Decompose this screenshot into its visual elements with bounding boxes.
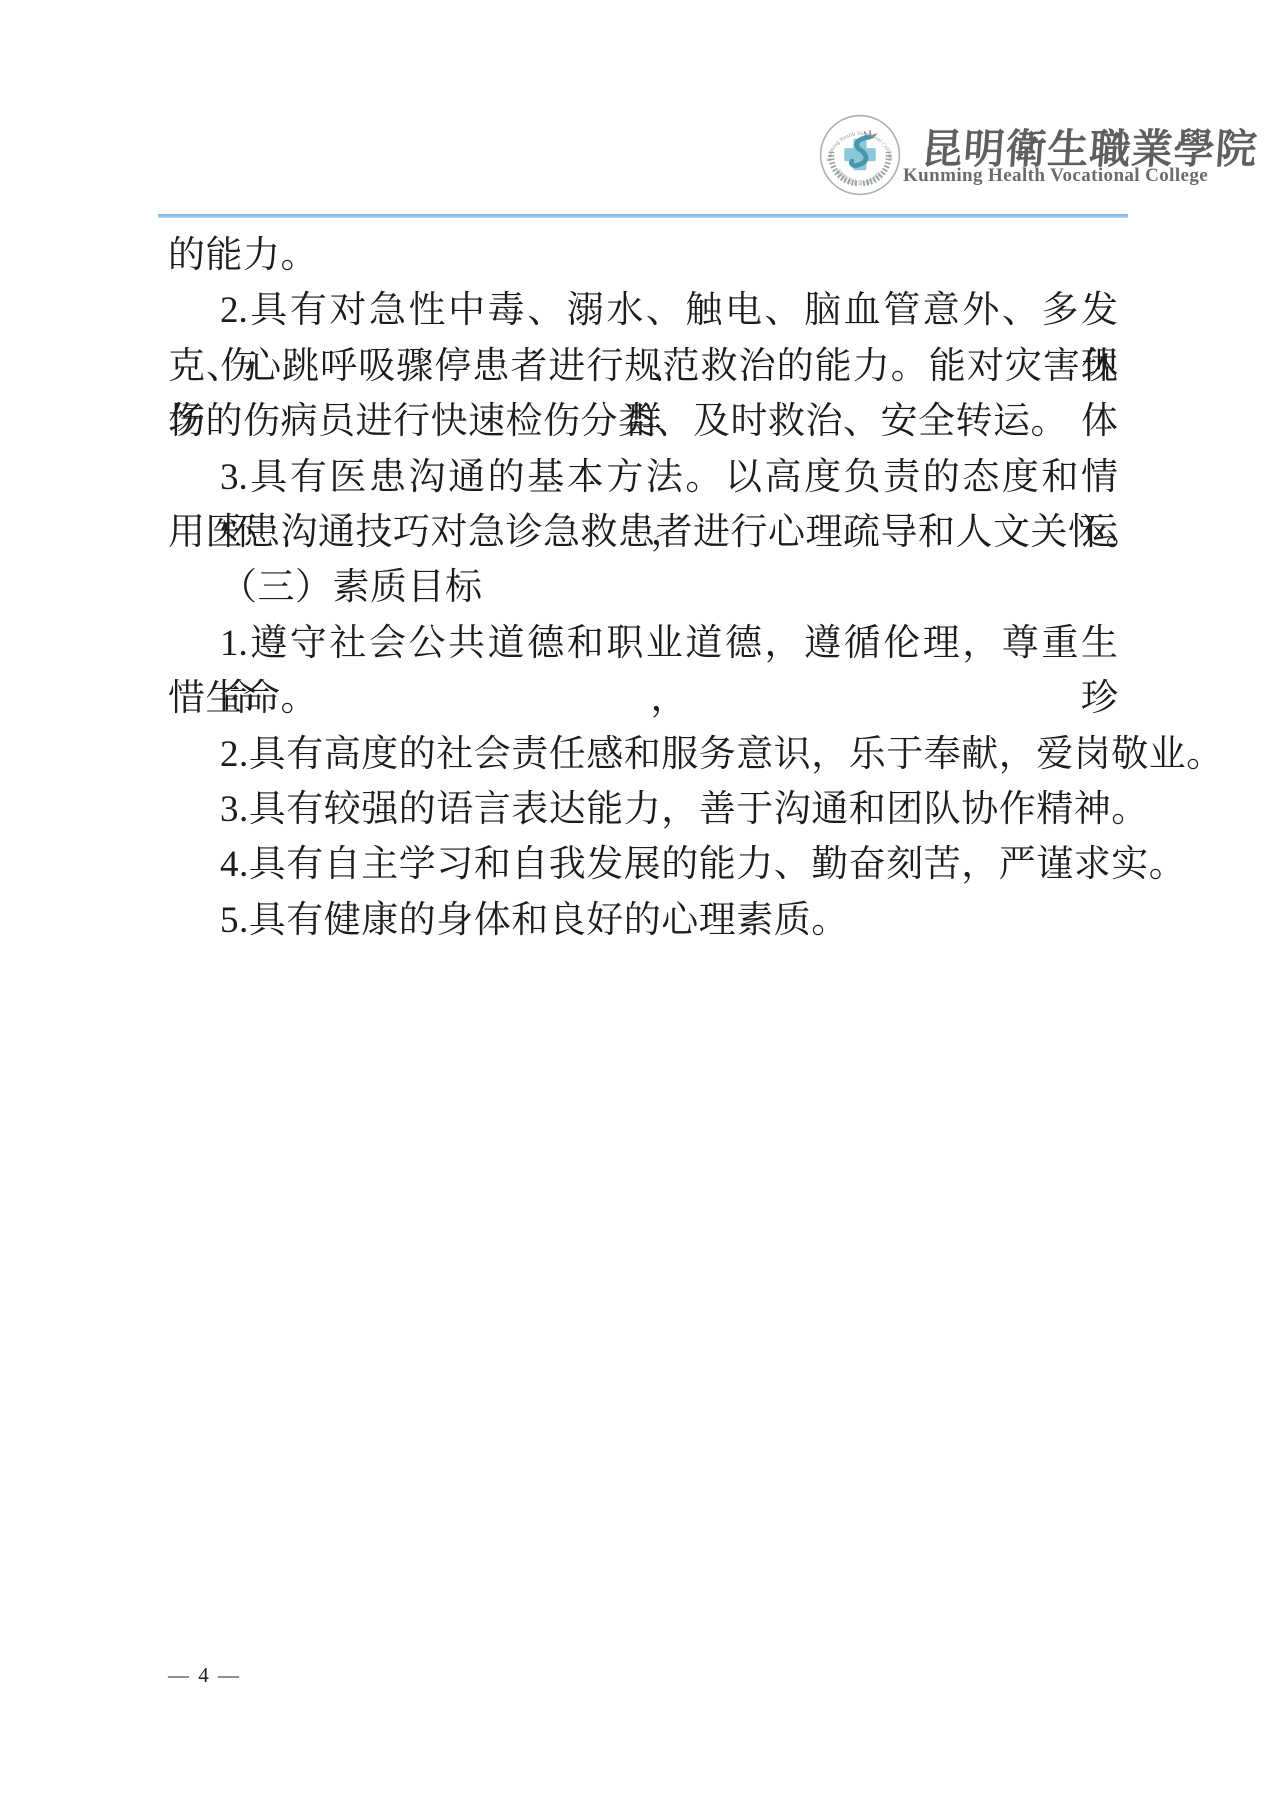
document-body: 的能力。 2.具有对急性中毒、溺水、触电、脑血管意外、多发伤、休 克、心跳呼吸骤… [168, 228, 1118, 948]
body-line: 1.遵守社会公共道德和职业道德，遵循伦理，尊重生命，珍 [168, 616, 1118, 671]
header-divider [158, 214, 1128, 218]
body-line: 5.具有健康的身体和良好的心理素质。 [168, 893, 1118, 948]
body-line: 伤的伤病员进行快速检伤分类、及时救治、安全转运。 [168, 394, 1118, 449]
body-heading: （三）素质目标 [168, 560, 1118, 615]
school-name-calligraphy: 昆明衛生職業學院 [920, 116, 1194, 172]
school-emblem-logo: Kunming Health Vocational College 昆明卫生职业… [818, 112, 902, 198]
body-line: 用医患沟通技巧对急诊急救患者进行心理疏导和人文关怀。 [168, 505, 1118, 560]
body-line: 2.具有对急性中毒、溺水、触电、脑血管意外、多发伤、休 [168, 283, 1118, 338]
body-line: 克、心跳呼吸骤停患者进行规范救治的能力。能对灾害现场群体 [168, 339, 1118, 394]
page-header: Kunming Health Vocational College 昆明卫生职业… [0, 0, 1274, 220]
body-line: 2.具有高度的社会责任感和服务意识，乐于奉献，爱岗敬业。 [168, 727, 1118, 782]
school-name-english: Kunming Health Vocational College [903, 165, 1203, 187]
page-number: — 4 — [168, 1663, 241, 1688]
body-line: 4.具有自主学习和自我发展的能力、勤奋刻苦，严谨求实。 [168, 837, 1118, 892]
body-line: 3.具有医患沟通的基本方法。以高度负责的态度和情怀，运 [168, 450, 1118, 505]
body-line: 3.具有较强的语言表达能力，善于沟通和团队协作精神。 [168, 782, 1118, 837]
document-page: Kunming Health Vocational College 昆明卫生职业… [0, 0, 1274, 1801]
body-line: 的能力。 [168, 228, 1118, 283]
